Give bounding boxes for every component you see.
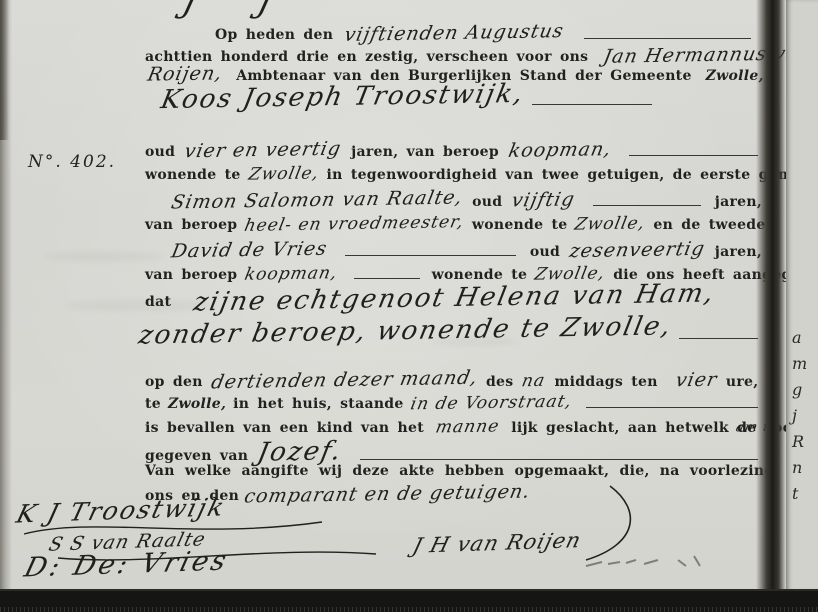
handwritten-witness2-profession: koopman,	[243, 263, 339, 285]
printed-text: oud	[472, 194, 502, 210]
line-age-profession: oud vier en veertig jaren, van beroep ko…	[145, 139, 762, 161]
marginalia-letter: R	[792, 432, 818, 451]
signature-witness2: D: De: Vries	[21, 545, 232, 583]
handwritten-witness1-age: vijftig	[510, 188, 577, 211]
marginalia-letter: j	[792, 406, 818, 425]
film-edge-texture	[0, 607, 818, 612]
printed-text: is bevallen van een kind van het	[145, 420, 424, 436]
printed-text: jaren,	[715, 194, 762, 210]
printed-text: Van welke aangifte wij deze akte hebben …	[145, 463, 818, 479]
line-birth-place: te Zwolle, in het huis, staande in de Vo…	[145, 393, 762, 413]
printed-text: gegeven van	[145, 448, 248, 464]
pencil-scribble	[586, 552, 746, 576]
printed-text: te	[145, 396, 161, 412]
printed-text: middags ten	[555, 374, 658, 390]
line-birth-datetime: op den dertienden dezer maand, des na mi…	[145, 369, 757, 391]
handwritten-witness2-name: David de Vries	[170, 238, 330, 263]
handwritten-birth-day: dertienden dezer maand,	[209, 367, 480, 394]
handwritten-witness1-profession: heel- en vroedmeester,	[243, 212, 466, 236]
handwritten-age: vier en veertig	[183, 138, 344, 163]
line-mother-name: dat zijne echtgenoot Helena van Ham,	[145, 283, 714, 313]
marginalia-letter: a	[792, 328, 818, 347]
line-mother-residence: zonder beroep, wonende te Zwolle,	[140, 316, 762, 346]
printed-text: van beroep	[145, 217, 237, 233]
printed-text: van beroep	[145, 267, 237, 283]
pen-flourish: J J	[179, 0, 302, 20]
printed-text: oud	[530, 244, 560, 260]
line-child-gender: is bevallen van een kind van het manne l…	[145, 417, 818, 437]
printed-text: jaren,	[715, 244, 762, 260]
blank-line	[360, 459, 758, 460]
line-residence-witnesses: wonende te Zwolle, in tegenwoordigheid v…	[145, 164, 762, 184]
blank-line	[679, 338, 758, 339]
blank-line	[345, 255, 516, 256]
printed-text: en de tweede:	[653, 217, 771, 233]
left-page-edge-shadow-top	[0, 0, 9, 140]
printed-text: ure,	[726, 374, 759, 390]
printed-text: in het huis, staande	[233, 396, 403, 412]
printed-text: jaren, van beroep	[351, 144, 499, 160]
marginalia-letter: t	[792, 484, 818, 503]
blank-line	[586, 407, 758, 408]
handwritten-witness2-age: zesenveertig	[568, 238, 707, 262]
printed-text: dat	[145, 294, 171, 310]
printed-text: wonende te	[472, 217, 568, 233]
printed-text: in tegenwoordigheid van twee getuigen, d…	[327, 167, 818, 183]
adjacent-page-marginalia: a m g j R n t	[792, 328, 818, 503]
handwritten-mother-residence: zonder beroep, wonende te Zwolle,	[136, 311, 675, 350]
handwritten-street: in de Voorstraat,	[408, 392, 573, 415]
line-witness1-profession: van beroep heel- en vroedmeester, wonend…	[145, 214, 753, 234]
line-witness1-name: Simon Salomon van Raalte, oud vijftig ja…	[172, 189, 762, 211]
blank-line	[584, 38, 751, 39]
handwritten-hour: vier	[673, 369, 719, 392]
handwritten-am-pm: na	[520, 371, 547, 391]
marginalia-letter: n	[792, 458, 818, 477]
handwritten-declarant-name: Koos Joseph Troostwijk,	[158, 79, 527, 115]
handwritten-date: vijftienden Augustus	[343, 20, 566, 46]
adjacent-page-strip: a m g j R n t	[786, 0, 818, 591]
line-witness2-name: David de Vries oud zesenveertig jaren,	[172, 239, 762, 261]
line-closing-1: Van welke aangifte wij deze akte hebben …	[145, 463, 765, 479]
handwritten-witness1-name: Simon Salomon van Raalte,	[169, 186, 464, 213]
blank-line	[629, 155, 758, 156]
blank-line	[354, 278, 420, 279]
line-declarant-name: Koos Joseph Troostwijk,	[162, 82, 722, 112]
document-scan: J J N°. 402. Op heden den vijftienden Au…	[0, 0, 818, 612]
handwritten-profession: koopman,	[507, 138, 614, 162]
signature-registrar: J H van Roijen	[410, 528, 584, 558]
printed-text: wonende te	[145, 167, 241, 183]
printed-text: des	[486, 374, 513, 390]
printed-text: op den	[145, 374, 203, 390]
printed-place-name: Zwolle,	[168, 396, 226, 412]
act-number: N°. 402.	[28, 152, 116, 172]
handwritten-closing: comparant en de getuigen.	[242, 481, 532, 508]
printed-text: oud	[145, 144, 175, 160]
book-gutter-shadow	[756, 0, 786, 591]
marginalia-letter: m	[792, 354, 818, 373]
blank-line	[532, 104, 652, 105]
film-edge-bar	[0, 589, 818, 612]
marginalia-letter: g	[792, 380, 818, 399]
handwritten-residence: Zwolle,	[247, 163, 321, 184]
blank-line	[593, 205, 701, 206]
bleedthrough-smudge	[44, 252, 164, 261]
printed-text: Op heden den	[215, 27, 333, 43]
handwritten-witness1-residence: Zwolle,	[573, 213, 647, 234]
printed-text: wonende te	[432, 267, 528, 283]
line-op-heden: Op heden den vijftienden Augustus	[215, 22, 755, 44]
handwritten-gender: manne	[434, 416, 501, 437]
